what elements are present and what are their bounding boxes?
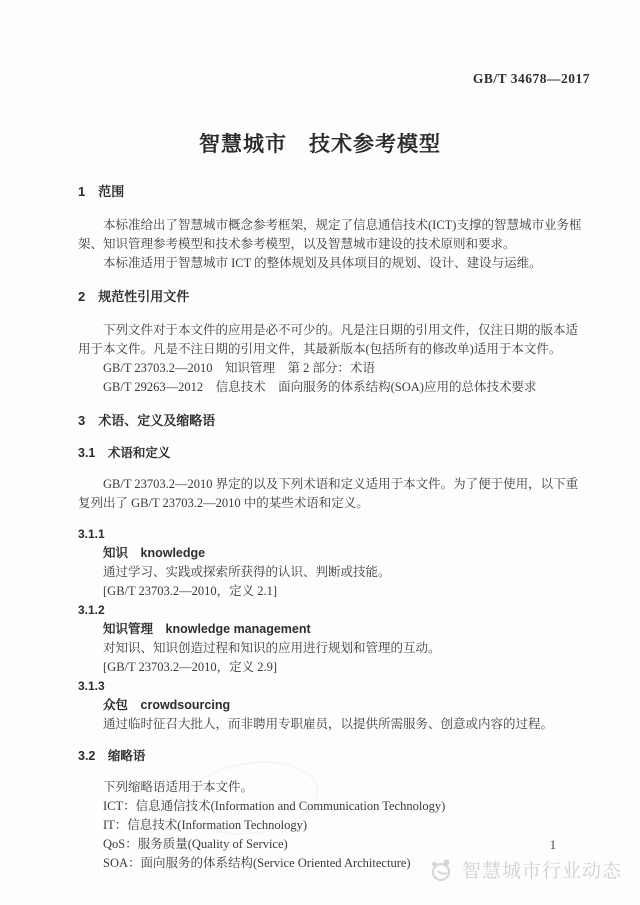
term-number: 3.1.3 — [78, 677, 588, 696]
watermark: 智慧城市行业动态 — [428, 856, 622, 883]
term-source: [GB/T 23703.2—2010，定义 2.1] — [78, 582, 588, 601]
term-name: 知识管理 knowledge management — [78, 620, 588, 639]
term-number: 3.1.2 — [78, 601, 588, 620]
term-name: 众包 crowdsourcing — [78, 696, 588, 715]
abbreviation-it: IT：信息技术(Information Technology) — [78, 816, 588, 835]
term-definition: 通过临时征召大批人，而非聘用专职雇员，以提供所需服务、创意或内容的过程。 — [78, 715, 588, 734]
abbreviation-ict: ICT：信息通信技术(Information and Communication… — [78, 797, 588, 816]
term-source: [GB/T 23703.2—2010，定义 2.9] — [78, 658, 588, 677]
section-3-heading: 3 术语、定义及缩略语 — [78, 412, 588, 429]
document-body: 1 范围 本标准给出了智慧城市概念参考框架，规定了信息通信技术(ICT)支撑的智… — [78, 183, 588, 873]
term-entry: 3.1.3 众包 crowdsourcing 通过临时征召大批人，而非聘用专职雇… — [78, 677, 588, 734]
standard-number: GB/T 34678—2017 — [473, 71, 590, 87]
page-number: 1 — [550, 838, 556, 853]
term-definition: 通过学习、实践或探索所获得的认识、判断或技能。 — [78, 563, 588, 582]
section-3-2-paragraph-1: 下列缩略语适用于本文件。 — [78, 778, 588, 797]
section-1-paragraph-1: 本标准给出了智慧城市概念参考框架，规定了信息通信技术(ICT)支撑的智慧城市业务… — [78, 216, 588, 254]
document-title: 智慧城市 技术参考模型 — [0, 128, 640, 158]
section-2-heading: 2 规范性引用文件 — [78, 288, 588, 305]
term-number: 3.1.1 — [78, 525, 588, 544]
watermark-text: 智慧城市行业动态 — [462, 856, 622, 883]
term-name: 知识 knowledge — [78, 544, 588, 563]
section-3-1-paragraph-1: GB/T 23703.2—2010 界定的以及下列术语和定义适用于本文件。为了便… — [78, 475, 588, 513]
section-3-1-heading: 3.1 术语和定义 — [78, 445, 588, 462]
normative-reference-1: GB/T 23703.2—2010 知识管理 第 2 部分：术语 — [78, 359, 588, 378]
section-1-paragraph-2: 本标准适用于智慧城市 ICT 的整体规划及具体项目的规划、设计、建设与运维。 — [78, 254, 588, 273]
term-entry: 3.1.2 知识管理 knowledge management 对知识、知识创造… — [78, 601, 588, 677]
section-2-paragraph-1: 下列文件对于本文件的应用是必不可少的。凡是注日期的引用文件，仅注日期的版本适用于… — [78, 321, 588, 359]
term-definition: 对知识、知识创造过程和知识的应用进行规划和管理的互动。 — [78, 639, 588, 658]
term-entry: 3.1.1 知识 knowledge 通过学习、实践或探索所获得的认识、判断或技… — [78, 525, 588, 601]
watermark-logo-icon — [428, 857, 456, 883]
section-1-heading: 1 范围 — [78, 183, 588, 200]
terms-list: 3.1.1 知识 knowledge 通过学习、实践或探索所获得的认识、判断或技… — [78, 525, 588, 734]
normative-reference-2: GB/T 29263—2012 信息技术 面向服务的体系结构(SOA)应用的总体… — [78, 378, 588, 397]
document-page: GB/T 34678—2017 智慧城市 技术参考模型 1 范围 本标准给出了智… — [0, 0, 640, 905]
section-3-2-heading: 3.2 缩略语 — [78, 748, 588, 765]
abbreviation-qos: QoS：服务质量(Quality of Service) — [78, 835, 588, 854]
